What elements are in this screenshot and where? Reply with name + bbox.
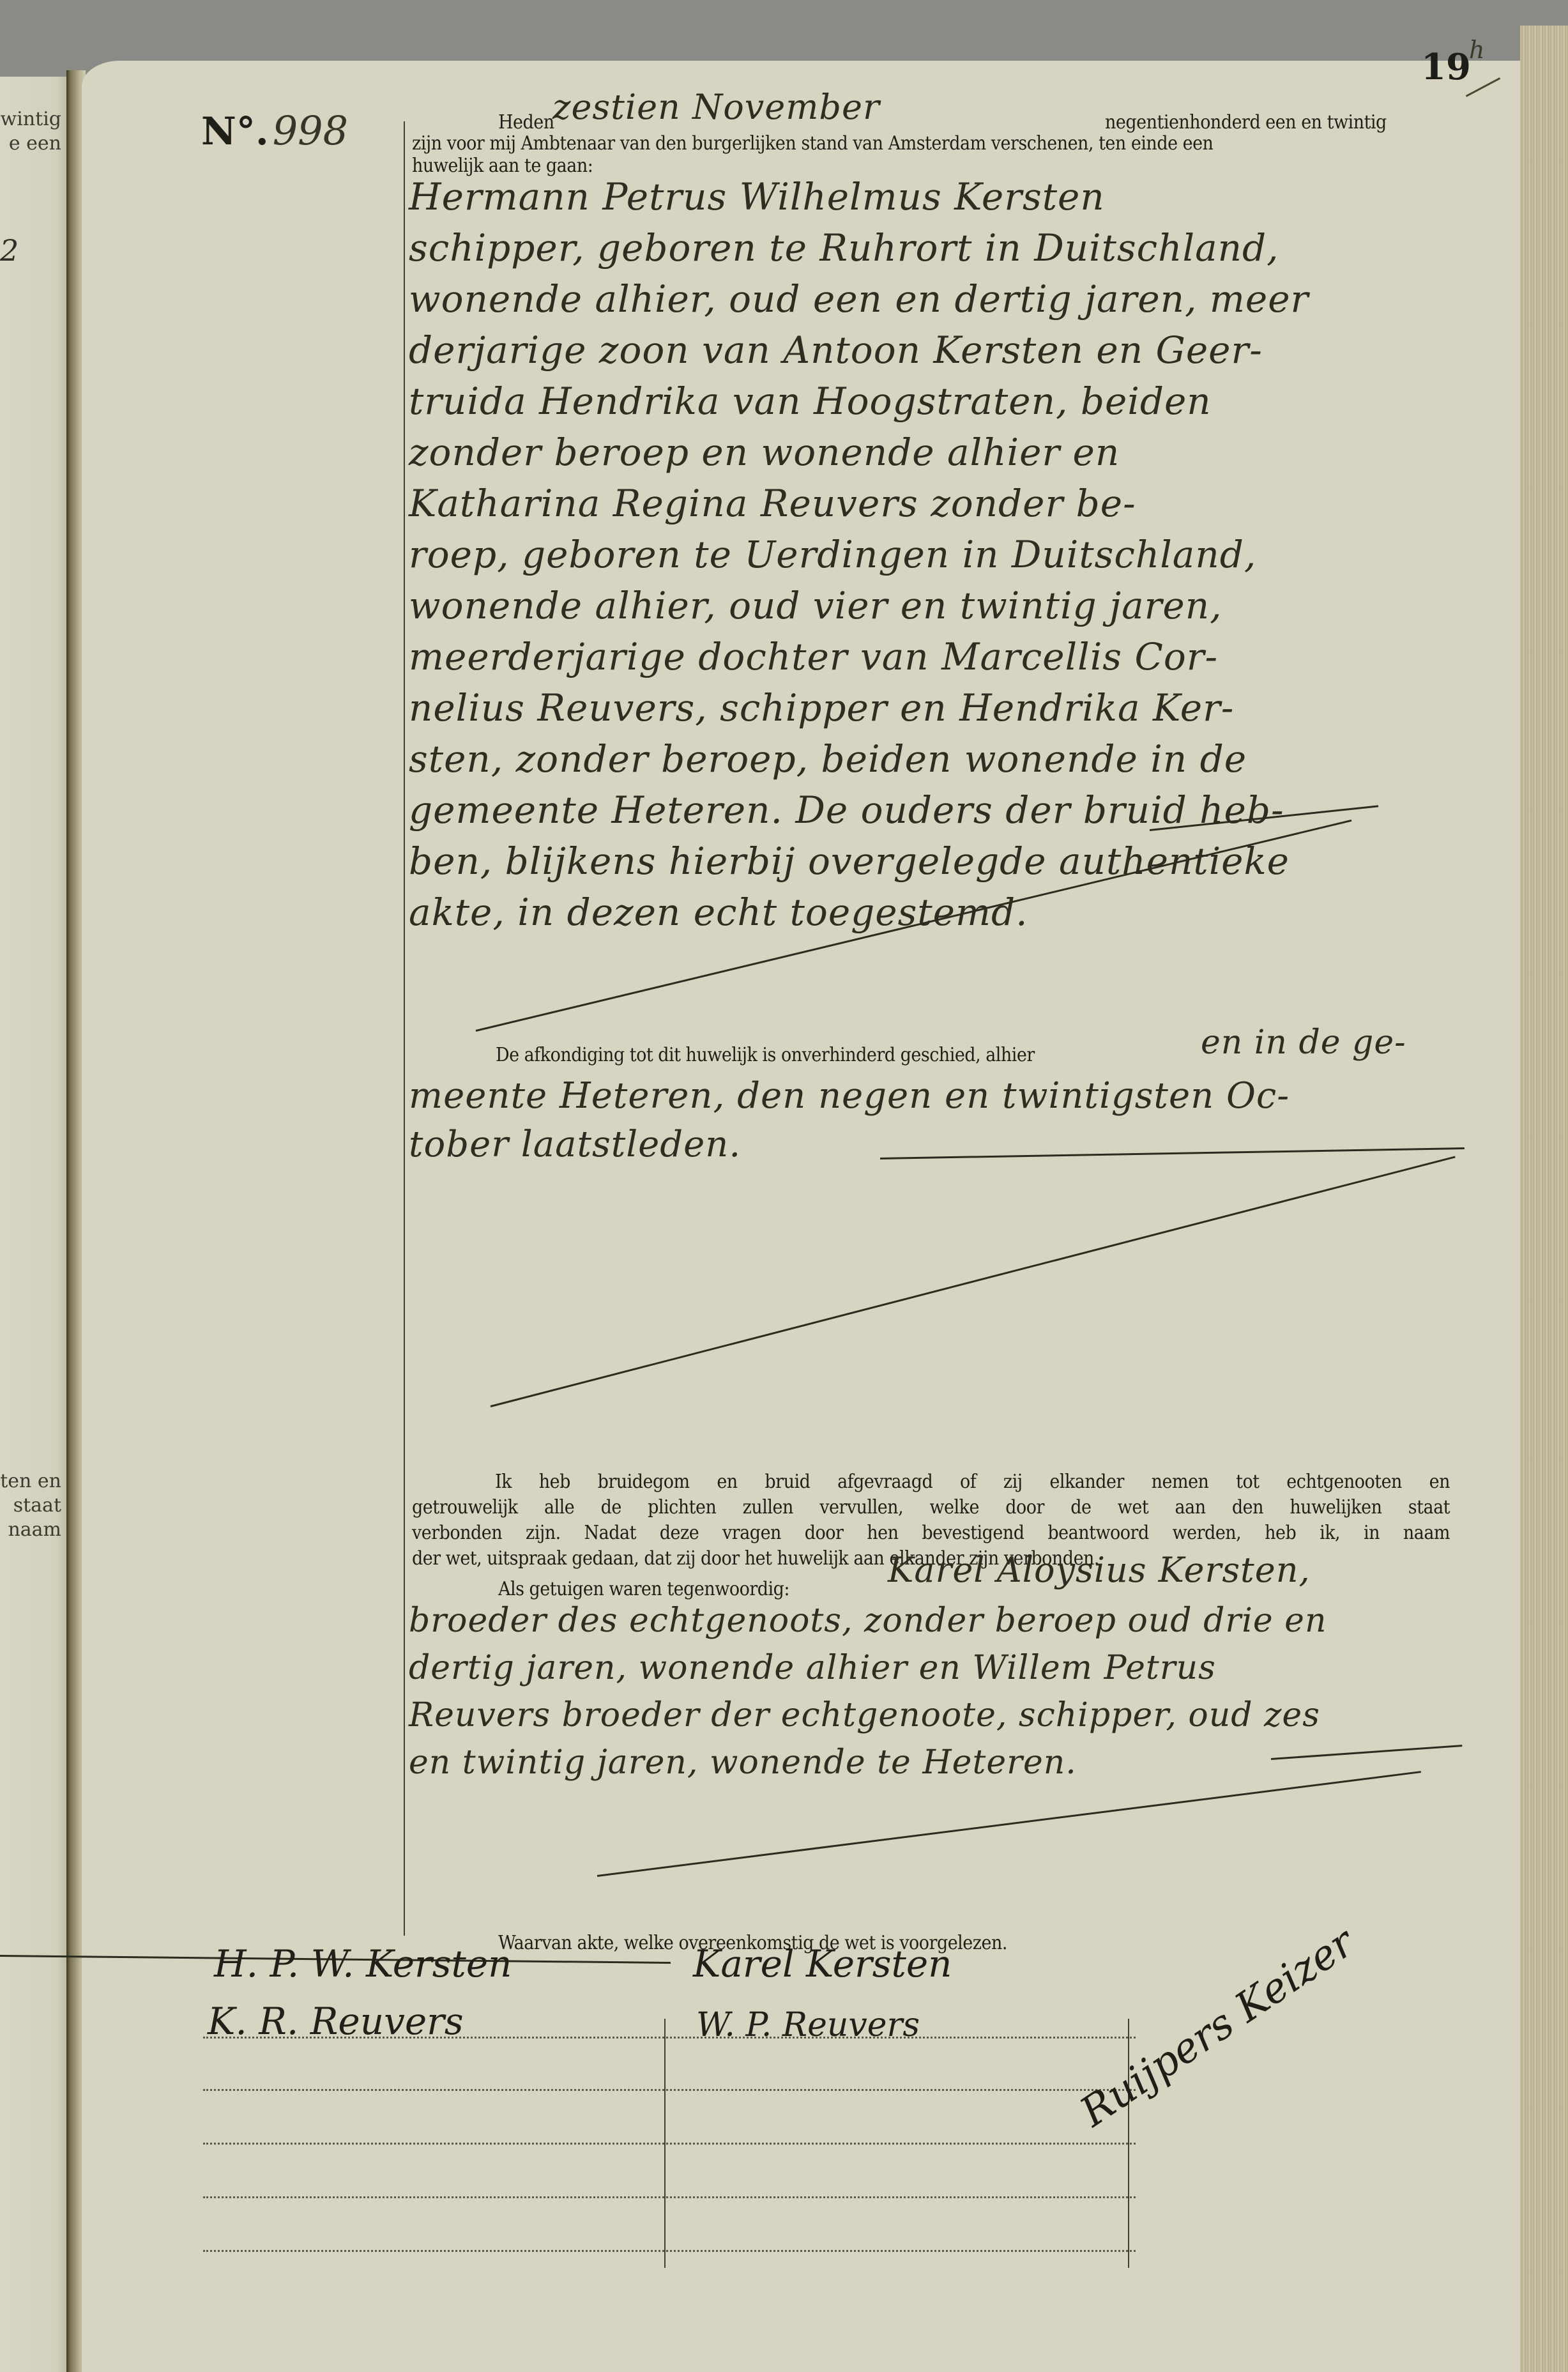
left-handwriting-mark: 2 [0,233,19,268]
left-fragment-line: ten en [0,1469,61,1494]
parties-line: meerderjarige dochter van Marcellis Cor- [409,631,1309,682]
left-page-fragment: wintig e een 2 ten en staat naam [0,77,70,2372]
left-fragment-line: staat [13,1494,61,1518]
akte-number-value: 998 [273,107,348,154]
parties-line: zonder beroep en wonende alhier en [409,427,1309,478]
witness-line: dertig jaren, wonende alhier en Willem P… [409,1644,1327,1692]
declaration-line: verbonden zijn. Nadat deze vragen door h… [412,1520,1450,1546]
witness-line: Reuvers broeder der echtgenoote, schippe… [409,1692,1327,1739]
proclamation-printed: De afkondiging tot dit huwelijk is onver… [496,1043,1035,1068]
parties-line: ben, blijkens hierbij overgelegde authen… [409,836,1309,887]
witnesses-hand-1: Karel Aloysius Kersten, [888,1545,1311,1596]
signature-row [203,2196,1136,2252]
parties-line: wonende alhier, oud een en dertig jaren,… [409,273,1309,325]
akte-number: N°.998 [201,107,348,154]
page-stack-edge [1520,26,1568,2372]
parties-handwritten-block: Hermann Petrus Wilhelmus Kersten schippe… [409,171,1309,938]
parties-line: schipper, geboren te Ruhrort in Duitschl… [409,222,1309,273]
parties-line: wonende alhier, oud vier en twintig jare… [409,580,1309,631]
akte-number-label: N°. [201,109,269,154]
witness-line: en twintig jaren, wonende te Heteren. [409,1739,1327,1786]
proclamation-hand-1: en in de ge- [1201,1017,1406,1068]
parties-line: nelius Reuvers, schipper en Hendrika Ker… [409,682,1309,733]
parties-line: truida Hendrika van Hoogstraten, beiden [409,376,1309,427]
parties-line: sten, zonder beroep, beiden wonende in d… [409,733,1309,784]
declaration-line: getrouwelijk alle de plichten zullen ver… [412,1495,1450,1520]
left-fragment-line: naam [8,1518,61,1542]
declaration-line: Ik heb bruidegom en bruid afgevraagd of … [412,1469,1450,1495]
intro-line-2: zijn voor mij Ambtenaar van den burgerli… [412,131,1450,157]
handwritten-date: zestien November [552,82,880,133]
signature-row [203,2089,1136,2145]
signature-row [203,2143,1136,2198]
signature-witness-2: W. P. Reuvers [696,2006,920,2044]
page-number-suffix: h [1469,36,1484,64]
page-number: 19 [1421,46,1471,88]
left-fragment-line: e een [9,132,61,156]
signature-bride: K. R. Reuvers [208,2000,464,2043]
parties-line: roep, geboren te Uerdingen in Duitschlan… [409,529,1309,580]
signature-column-divider [1128,2019,1129,2268]
parties-line: derjarige zoon van Antoon Kersten en Gee… [409,325,1309,376]
proclamation-hand-3: tober laatstleden. [409,1119,741,1170]
parties-line: Hermann Petrus Wilhelmus Kersten [409,171,1309,222]
signature-groom: H. P. W. Kersten [214,1942,512,1986]
proclamation-hand-2: meente Heteren, den negen en twintigsten… [409,1071,1290,1122]
parties-line: akte, in dezen echt toegestemd. [409,887,1309,938]
signature-witness-1: Karel Kersten [693,1942,952,1986]
witnesses-handwritten-block: broeder des echtgenoots, zonder beroep o… [409,1597,1327,1786]
parties-line: Katharina Regina Reuvers zonder be- [409,478,1309,529]
witness-line: broeder des echtgenoots, zonder beroep o… [409,1597,1327,1644]
margin-rule [404,121,405,1936]
signature-column-divider [664,2019,666,2268]
signature-row [203,2037,1136,2091]
left-fragment-line: wintig [1,107,61,132]
